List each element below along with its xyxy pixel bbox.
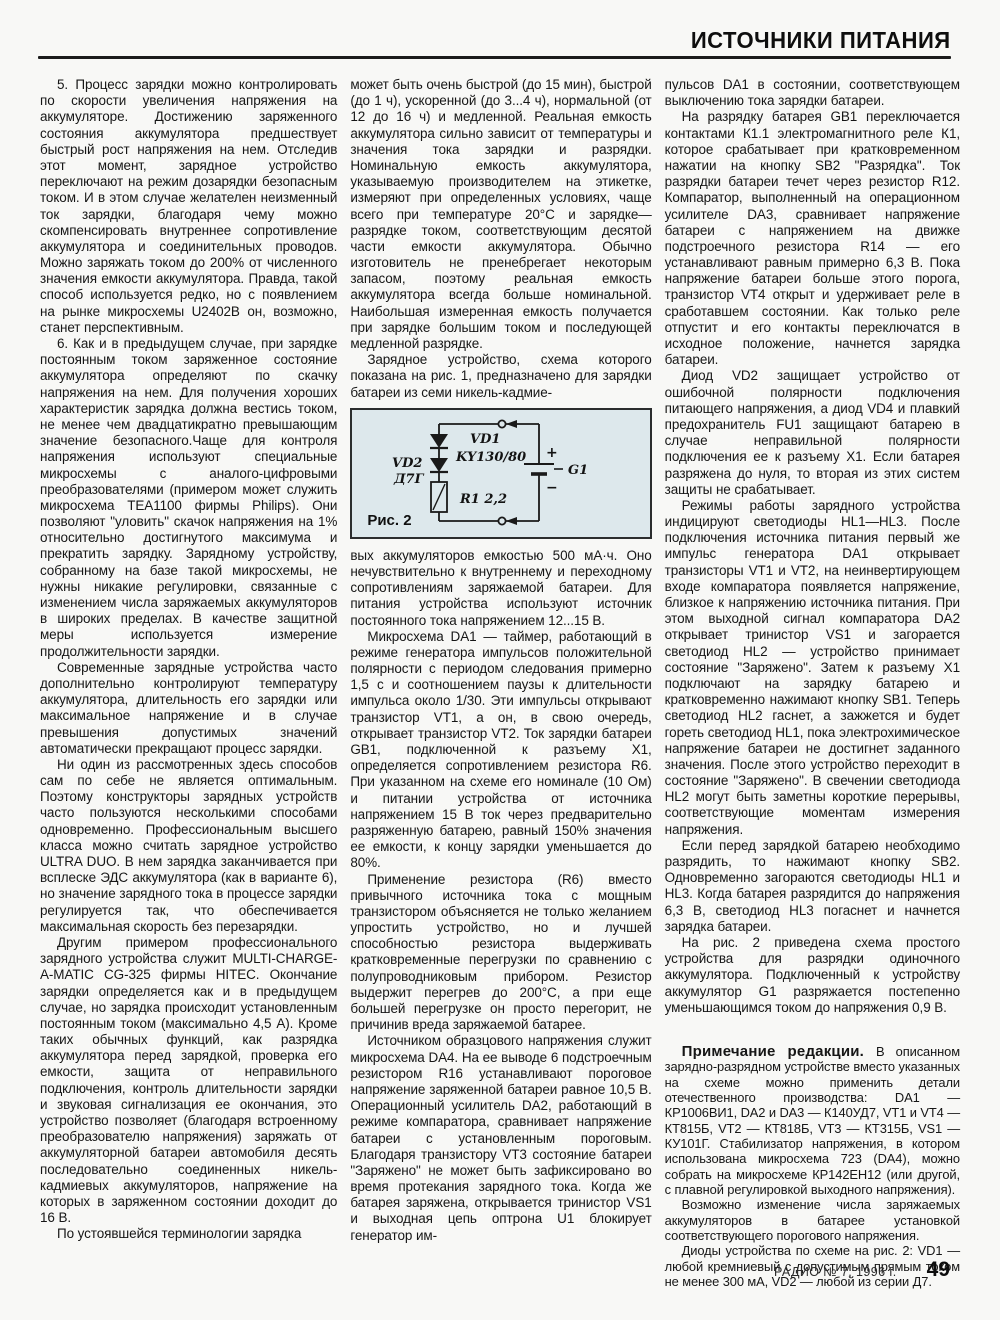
battery-g1-symbol bbox=[524, 464, 563, 474]
paragraph: Если перед зарядкой батарею необходимо р… bbox=[665, 838, 960, 935]
label-plus: + bbox=[546, 445, 558, 461]
resistor-r1-symbol bbox=[431, 482, 447, 512]
paragraph: Зарядное устройство, схема которого пока… bbox=[350, 352, 651, 401]
paragraph: 6. Как и в предыдущем случае, при зарядк… bbox=[40, 336, 337, 660]
figure-2: VD1 KY130/80 VD2 Д7Г R1 2,2 + G1 − Рис. … bbox=[350, 408, 651, 539]
figure-caption: Рис. 2 bbox=[367, 512, 411, 529]
diode-vd2-symbol bbox=[430, 458, 448, 472]
paragraph: Другим примером профессионального зарядн… bbox=[40, 935, 337, 1226]
label-minus: − bbox=[546, 480, 558, 496]
paragraph: По устоявшейся терминологии зарядка bbox=[40, 1226, 337, 1242]
paragraph: Примечание редакции. В описанном зарядно… bbox=[665, 1044, 960, 1197]
paragraph: На разрядку батарея GB1 переключается ко… bbox=[665, 109, 960, 368]
header-rule bbox=[38, 56, 951, 59]
column-3-main: пульсов DA1 в состоянии, соответствующем… bbox=[665, 77, 960, 1016]
column-2-bottom: вых аккумуляторов емкостью 500 мА·ч. Оно… bbox=[350, 548, 651, 1244]
paragraph: Ни один из рассмотренных здесь способов … bbox=[40, 757, 337, 935]
editor-note: Примечание редакции. В описанном зарядно… bbox=[665, 1044, 960, 1290]
label-vd1-type: KY130/80 bbox=[455, 450, 526, 465]
column-1: 5. Процесс зарядки можно контролировать … bbox=[40, 77, 337, 1289]
column-2-top: может быть очень быстрой (до 15 мин), бы… bbox=[350, 77, 651, 401]
paragraph: пульсов DA1 в состоянии, соответствующем… bbox=[665, 77, 960, 109]
label-vd2-type: Д7Г bbox=[393, 472, 425, 487]
note-lead: Примечание редакции. bbox=[682, 1043, 876, 1060]
label-g1: G1 bbox=[568, 463, 588, 478]
terminal-bottom bbox=[499, 517, 518, 525]
column-2: может быть очень быстрой (до 15 мин), бы… bbox=[350, 77, 651, 1289]
page-number: 49 bbox=[927, 1258, 950, 1282]
page-footer: РАДИО № 7, 1996 г. 49 bbox=[774, 1258, 950, 1282]
paragraph: может быть очень быстрой (до 15 мин), бы… bbox=[350, 77, 651, 352]
paragraph: вых аккумуляторов емкостью 500 мА·ч. Оно… bbox=[350, 548, 651, 629]
paragraph: Применение резистора (R6) вместо привычн… bbox=[350, 872, 651, 1034]
paragraph: Источником образцового напряжения служит… bbox=[350, 1033, 651, 1243]
section-title: ИСТОЧНИКИ ПИТАНИЯ bbox=[691, 27, 951, 54]
label-vd2-ref: VD2 bbox=[392, 456, 422, 471]
paragraph: Микросхема DA1 — таймер, работающий в ре… bbox=[350, 629, 651, 872]
label-r1: R1 2,2 bbox=[459, 492, 507, 507]
paragraph: 5. Процесс зарядки можно контролировать … bbox=[40, 77, 337, 336]
paragraph: Режимы работы зарядного устройства индиц… bbox=[665, 498, 960, 838]
terminal-top bbox=[499, 420, 518, 428]
journal-issue: РАДИО № 7, 1996 г. bbox=[774, 1265, 897, 1279]
label-vd1-ref: VD1 bbox=[470, 432, 500, 447]
paragraph: На рис. 2 приведена схема простого устро… bbox=[665, 935, 960, 1016]
paragraph: Современные зарядные устройства часто до… bbox=[40, 660, 337, 757]
magazine-page: ИСТОЧНИКИ ПИТАНИЯ 5. Процесс зарядки мож… bbox=[0, 0, 1000, 1320]
column-3: пульсов DA1 в состоянии, соответствующем… bbox=[665, 77, 960, 1289]
text-columns: 5. Процесс зарядки можно контролировать … bbox=[40, 77, 960, 1289]
diode-vd1-symbol bbox=[430, 434, 448, 448]
paragraph: Возможно изменение числа заряжаемых акку… bbox=[665, 1197, 960, 1243]
paragraph: Диод VD2 защищает устройство от ошибочно… bbox=[665, 368, 960, 498]
